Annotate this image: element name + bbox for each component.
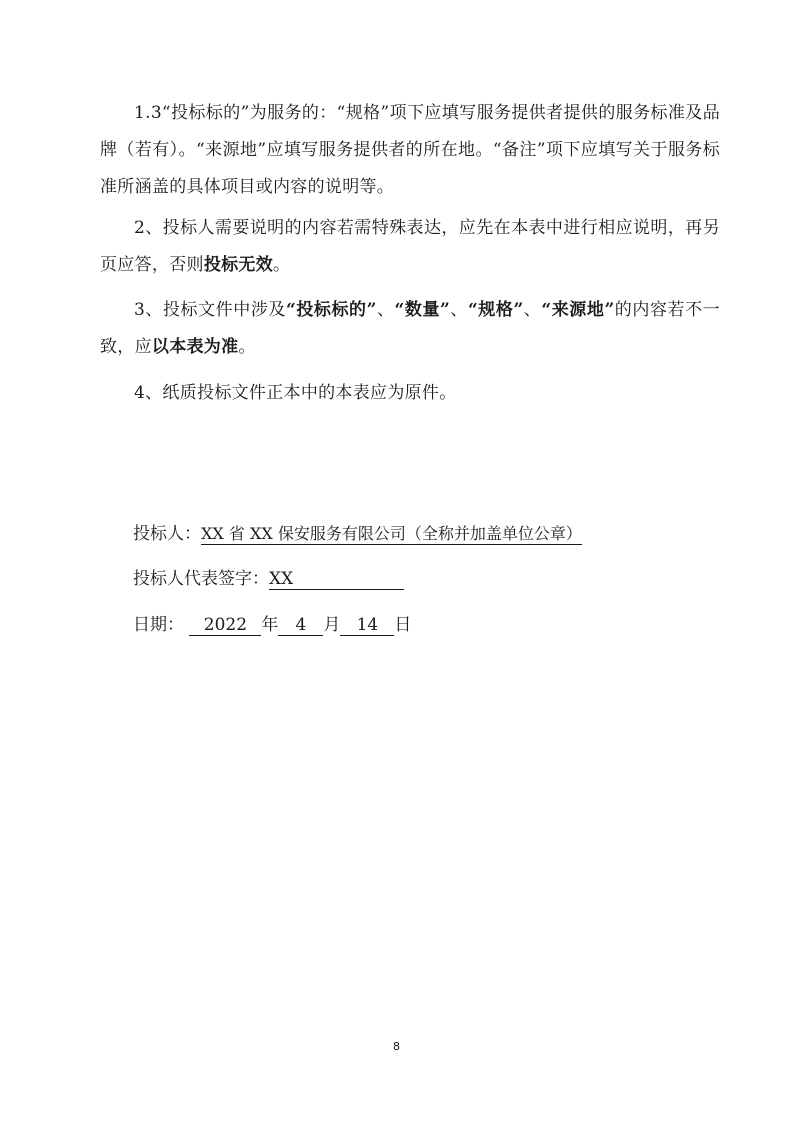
date-day: 14 xyxy=(340,615,394,636)
bidder-value: XX 省 XX 保安服务有限公司（全称并加盖单位公章） xyxy=(201,524,582,545)
bidder-line: 投标人：XX 省 XX 保安服务有限公司（全称并加盖单位公章） xyxy=(133,522,582,546)
emphasis-text: “数量” xyxy=(395,300,451,320)
paragraph-text: 4、纸质投标文件正本中的本表应为原件。 xyxy=(134,383,457,403)
paragraph-text: 、 xyxy=(450,300,468,320)
date-line: 日期： 2022年4月14日 xyxy=(133,613,411,637)
paragraph-text: 3、投标文件中涉及 xyxy=(134,300,286,320)
document-page: 1.3“投标标的”为服务的：“规格”项下应填写服务提供者提供的服务标准及品牌（若… xyxy=(0,0,793,1122)
day-unit: 日 xyxy=(394,615,411,635)
emphasis-text: 投标无效 xyxy=(204,255,273,275)
paragraph-1-3: 1.3“投标标的”为服务的：“规格”项下应填写服务提供者提供的服务标准及品牌（若… xyxy=(100,95,720,206)
paragraph-4: 4、纸质投标文件正本中的本表应为原件。 xyxy=(100,375,720,412)
date-year: 2022 xyxy=(189,615,261,636)
paragraph-text: 。 xyxy=(273,255,290,275)
representative-line: 投标人代表签字：XX xyxy=(133,567,404,591)
emphasis-text: “规格” xyxy=(468,300,524,320)
emphasis-text: “投标标的” xyxy=(286,300,377,320)
date-label: 日期： xyxy=(133,615,184,635)
bidder-label: 投标人： xyxy=(133,524,201,544)
paragraph-3: 3、投标文件中涉及“投标标的”、“数量”、“规格”、“来源地”的内容若不一致，应… xyxy=(100,292,720,366)
paragraph-text: 、 xyxy=(524,300,542,320)
emphasis-text: 以本表为准 xyxy=(152,337,239,357)
paragraph-text: 、 xyxy=(377,300,395,320)
emphasis-text: “来源地” xyxy=(541,300,614,320)
paragraph-2: 2、投标人需要说明的内容若需特殊表达，应先在本表中进行相应说明，再另页应答，否则… xyxy=(100,210,720,284)
paragraph-text: 2、投标人需要说明的内容若需特殊表达，应先在本表中进行相应说明，再另页应答，否则 xyxy=(100,218,720,275)
page-number: 8 xyxy=(0,1040,793,1053)
year-unit: 年 xyxy=(261,615,278,635)
representative-value: XX xyxy=(269,569,404,590)
paragraph-text: 。 xyxy=(238,337,255,357)
paragraph-text: 1.3“投标标的”为服务的：“规格”项下应填写服务提供者提供的服务标准及品牌（若… xyxy=(100,103,720,197)
month-unit: 月 xyxy=(323,615,340,635)
date-month: 4 xyxy=(278,615,323,636)
representative-label: 投标人代表签字： xyxy=(133,569,269,589)
